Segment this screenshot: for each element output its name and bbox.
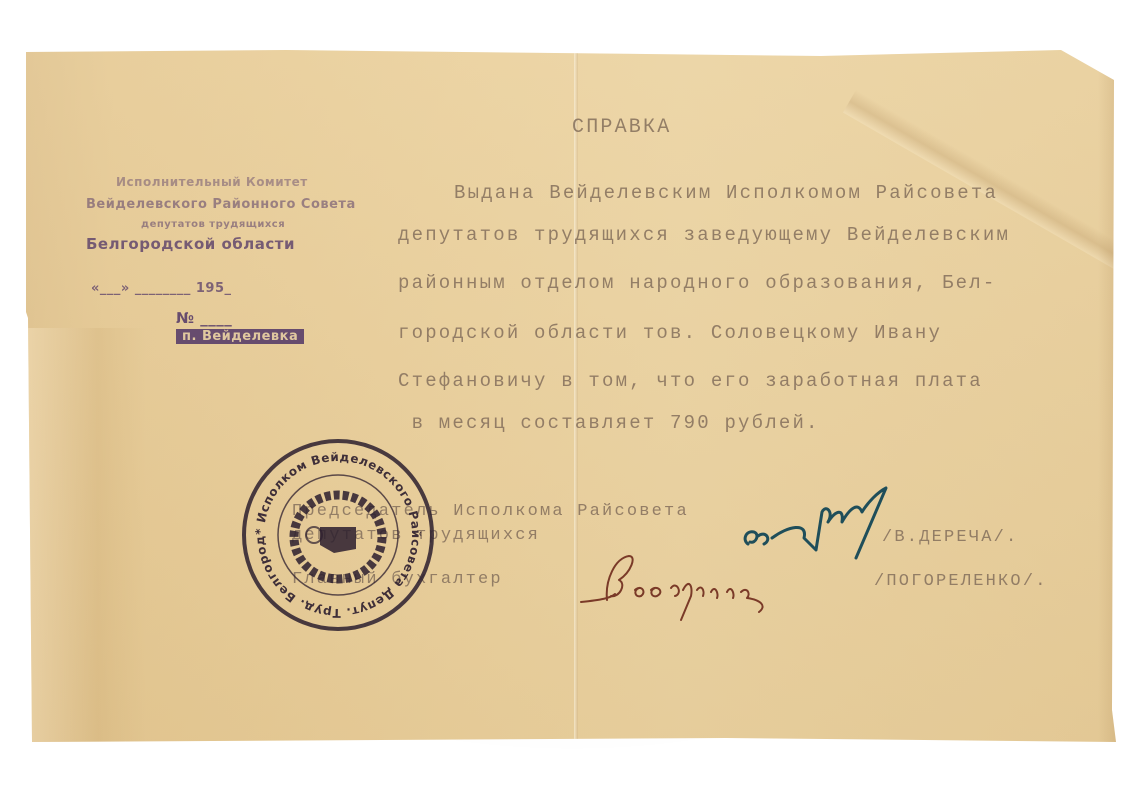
stamp-line: Исполнительный Комитет	[116, 175, 308, 189]
signature-name: /ПОГОРЕЛЕНКО/.	[874, 572, 1048, 591]
body-line: Стефановичу в том, что его заработная пл…	[398, 370, 983, 392]
stamp-line: депутатов трудящихся	[141, 219, 285, 230]
body-line: районным отделом народного образования, …	[398, 272, 996, 294]
round-seal: * Исполком Вейделевского Райсовета Депут…	[238, 435, 438, 635]
stamp-line: «___» ________ 195_	[91, 281, 231, 296]
body-line: Выдана Вейделевским Исполкомом Райсовета	[454, 182, 998, 204]
body-line: в месяц составляет 790 рублей.	[398, 412, 820, 434]
corner-stamp: Исполнительный Комитет Вейделевского Рай…	[81, 175, 381, 385]
body-line: городской области тов. Соловецкому Ивану	[398, 322, 942, 344]
body-line: депутатов трудящихся заведующему Вейделе…	[398, 224, 1010, 246]
document-title: СПРАВКА	[572, 116, 671, 139]
stamp-line: № ____	[176, 309, 232, 327]
left-fold	[26, 328, 146, 742]
center-fold	[574, 50, 578, 742]
accountant-signature	[571, 550, 801, 630]
document-sheet: Исполнительный Комитет Вейделевского Рай…	[26, 50, 1116, 742]
stamp-line: Белгородской области	[86, 235, 295, 253]
stamp-line: Вейделевского Районного Совета	[86, 197, 356, 212]
stamp-line: п. Вейделевка	[176, 329, 304, 344]
